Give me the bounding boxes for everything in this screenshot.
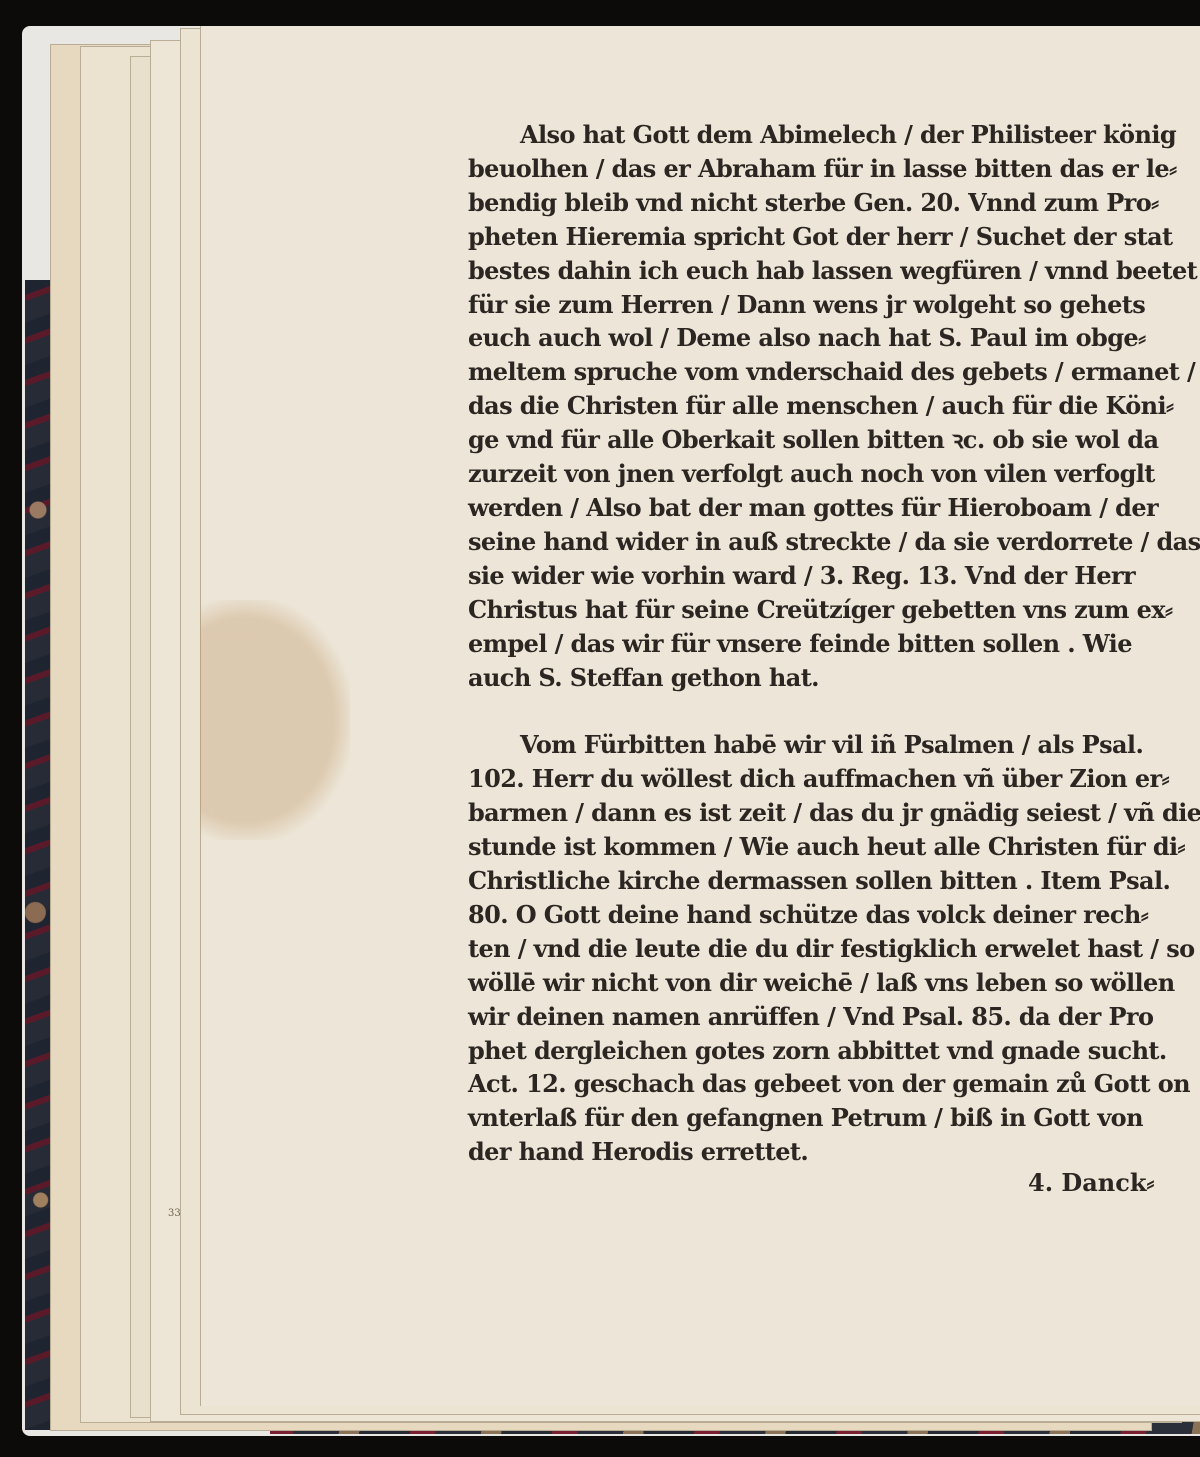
text-line: bendig bleib vnd nicht sterbe Gen. 20. V… [468,186,1168,220]
text-line: Act. 12. geschach das gebeet von der gem… [468,1067,1168,1101]
text-line: 102. Herr du wöllest dich auffmachen vñ … [468,762,1168,796]
text-line: sie wider wie vorhin ward / 3. Reg. 13. … [468,559,1168,593]
text-line: für sie zum Herren / Dann wens jr wolgeh… [468,288,1168,322]
text-line: Vom Fürbitten habē wir vil iñ Psalmen / … [468,728,1168,762]
text-line: bestes dahin ich euch hab lassen wegfüre… [468,254,1168,288]
text-line: wöllē wir nicht von dir weichē / laß vns… [468,966,1168,1000]
text-line: werden / Also bat der man gottes für Hie… [468,491,1168,525]
text-line: meltem spruche vom vnderschaid des gebet… [468,355,1168,389]
text-line: zurzeit von jnen verfolgt auch noch von … [468,457,1168,491]
text-line: 80. O Gott deine hand schütze das volck … [468,898,1168,932]
text-line: seine hand wider in auß streckte / da si… [468,525,1168,559]
text-line: phet dergleichen gotes zorn abbittet vnd… [468,1034,1168,1068]
text-line: pheten Hieremia spricht Got der herr / S… [468,220,1168,254]
text-line: ten / vnd die leute die du dir festigkli… [468,932,1168,966]
text-line: barmen / dann es ist zeit / das du jr gn… [468,796,1168,830]
text-line: auch S. Steffan gethon hat. [468,661,1168,695]
margin-mark: 33 [168,1208,181,1219]
water-stain [200,600,350,840]
text-line: ge vnd für alle Oberkait sollen bitten ꝛ… [468,423,1168,457]
marbled-cover-edge-left [25,280,51,1430]
paragraph-1: Also hat Gott dem Abimelech / der Philis… [468,118,1168,694]
page-text: Also hat Gott dem Abimelech / der Philis… [468,118,1168,1169]
text-line: wir deinen namen anrüffen / Vnd Psal. 85… [468,1000,1168,1034]
text-line: Christliche kirche dermassen sollen bitt… [468,864,1168,898]
text-line: stunde ist kommen / Wie auch heut alle C… [468,830,1168,864]
text-line: euch auch wol / Deme also nach hat S. Pa… [468,321,1168,355]
catchword: 4. Danck⸗ [1028,1168,1154,1198]
text-line: das die Christen für alle menschen / auc… [468,389,1168,423]
text-line: Christus hat für seine Creützíger gebett… [468,593,1168,627]
text-line: der hand Herodis errettet. [468,1135,1168,1169]
text-line: Also hat Gott dem Abimelech / der Philis… [468,118,1168,152]
text-line: vnterlaß für den gefangnen Petrum / biß … [468,1101,1168,1135]
text-line: empel / das wir für vnsere feinde bitten… [468,627,1168,661]
paragraph-gap [468,694,1168,728]
text-line: beuolhen / das er Abraham für in lasse b… [468,152,1168,186]
paragraph-2: Vom Fürbitten habē wir vil iñ Psalmen / … [468,728,1168,1169]
